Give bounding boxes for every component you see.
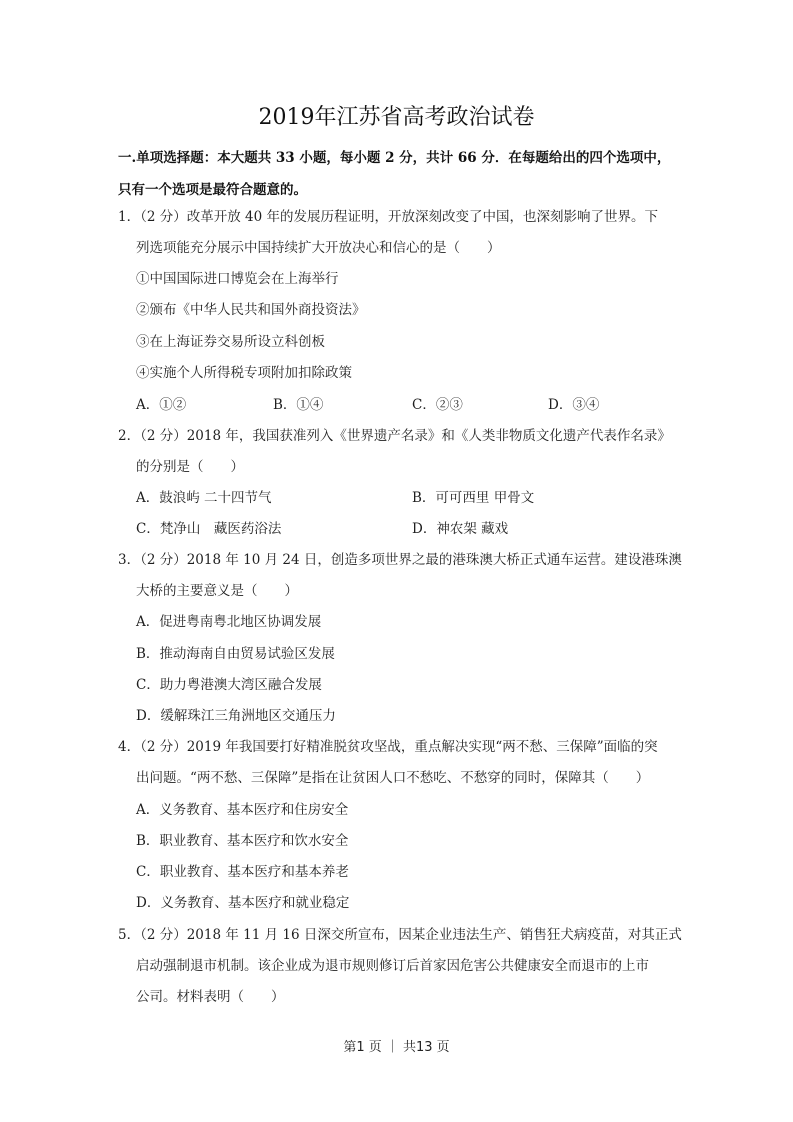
statement: ②颁布《中华人民共和国外商投资法》 [136, 301, 366, 319]
question-text: 列选项能充分展示中国持续扩大开放决心和信心的是（ ） [136, 239, 501, 257]
option-d: D．③④ [548, 396, 599, 414]
option-a: A．义务教育、基本医疗和住房安全 [136, 801, 348, 819]
section-heading-line2: 只有一个选项是最符合题意的。 [118, 178, 678, 198]
question-text: 公司。材料表明（ ） [136, 988, 285, 1006]
section-heading-line1: 一.单项选择题：本大题共 33 小题，每小题 2 分，共计 66 分．在每题给出… [118, 146, 678, 166]
option-b: B．职业教育、基本医疗和饮水安全 [136, 832, 348, 850]
question-text: 出问题。“两不愁、三保障”是指在让贫困人口不愁吃、不愁穿的同时，保障其（ ） [136, 769, 649, 787]
page-title: 2019年江苏省高考政治试卷 [0, 103, 793, 133]
question-text: 2．（2 分）2018 年，我国获准列入《世界遗产名录》和《人类非物质文化遗产代… [118, 427, 671, 445]
option-c: C．②③ [412, 396, 463, 414]
option-d: D．义务教育、基本医疗和就业稳定 [136, 894, 349, 912]
option-b: B．可可西里 甲骨文 [412, 489, 534, 507]
option-d: D．缓解珠江三角洲地区交通压力 [136, 707, 336, 725]
option-b: B．①④ [273, 396, 323, 414]
option-c: C．梵净山 藏医药浴法 [136, 520, 281, 538]
question-text: 的分别是（ ） [136, 458, 244, 476]
statement: ③在上海证券交易所设立科创板 [136, 333, 325, 351]
question-text: 大桥的主要意义是（ ） [136, 582, 298, 600]
option-c: C．助力粤港澳大湾区融合发展 [136, 676, 322, 694]
option-a: A．促进粤南粤北地区协调发展 [136, 613, 321, 631]
option-a: A．鼓浪屿 二十四节气 [136, 489, 272, 507]
page-number-footer: 第1 页 ｜ 共13 页 [0, 1036, 793, 1055]
question-text: 4．（2 分）2019 年我国要打好精准脱贫攻坚战，重点解决实现“两不愁、三保障… [118, 738, 658, 756]
question-text: 3．（2 分）2018 年 10 月 24 日，创造多项世界之最的港珠澳大桥正式… [118, 551, 682, 569]
option-c: C．职业教育、基本医疗和基本养老 [136, 863, 349, 881]
option-a: A．①② [136, 396, 186, 414]
option-d: D．神农架 藏戏 [412, 520, 508, 538]
option-b: B．推动海南自由贸易试验区发展 [136, 645, 335, 663]
statement: ①中国国际进口博览会在上海举行 [136, 270, 339, 288]
question-text: 1．（2 分）改革开放 40 年的发展历程证明，开放深刻改变了中国，也深刻影响了… [118, 208, 658, 226]
question-text: 5．（2 分）2018 年 11 月 16 日深交所宣布，因某企业违法生产、销售… [118, 926, 682, 944]
question-text: 启动强制退市机制。该企业成为退市规则修订后首家因危害公共健康安全而退市的上市 [136, 957, 649, 975]
statement: ④实施个人所得税专项附加扣除政策 [136, 364, 352, 382]
